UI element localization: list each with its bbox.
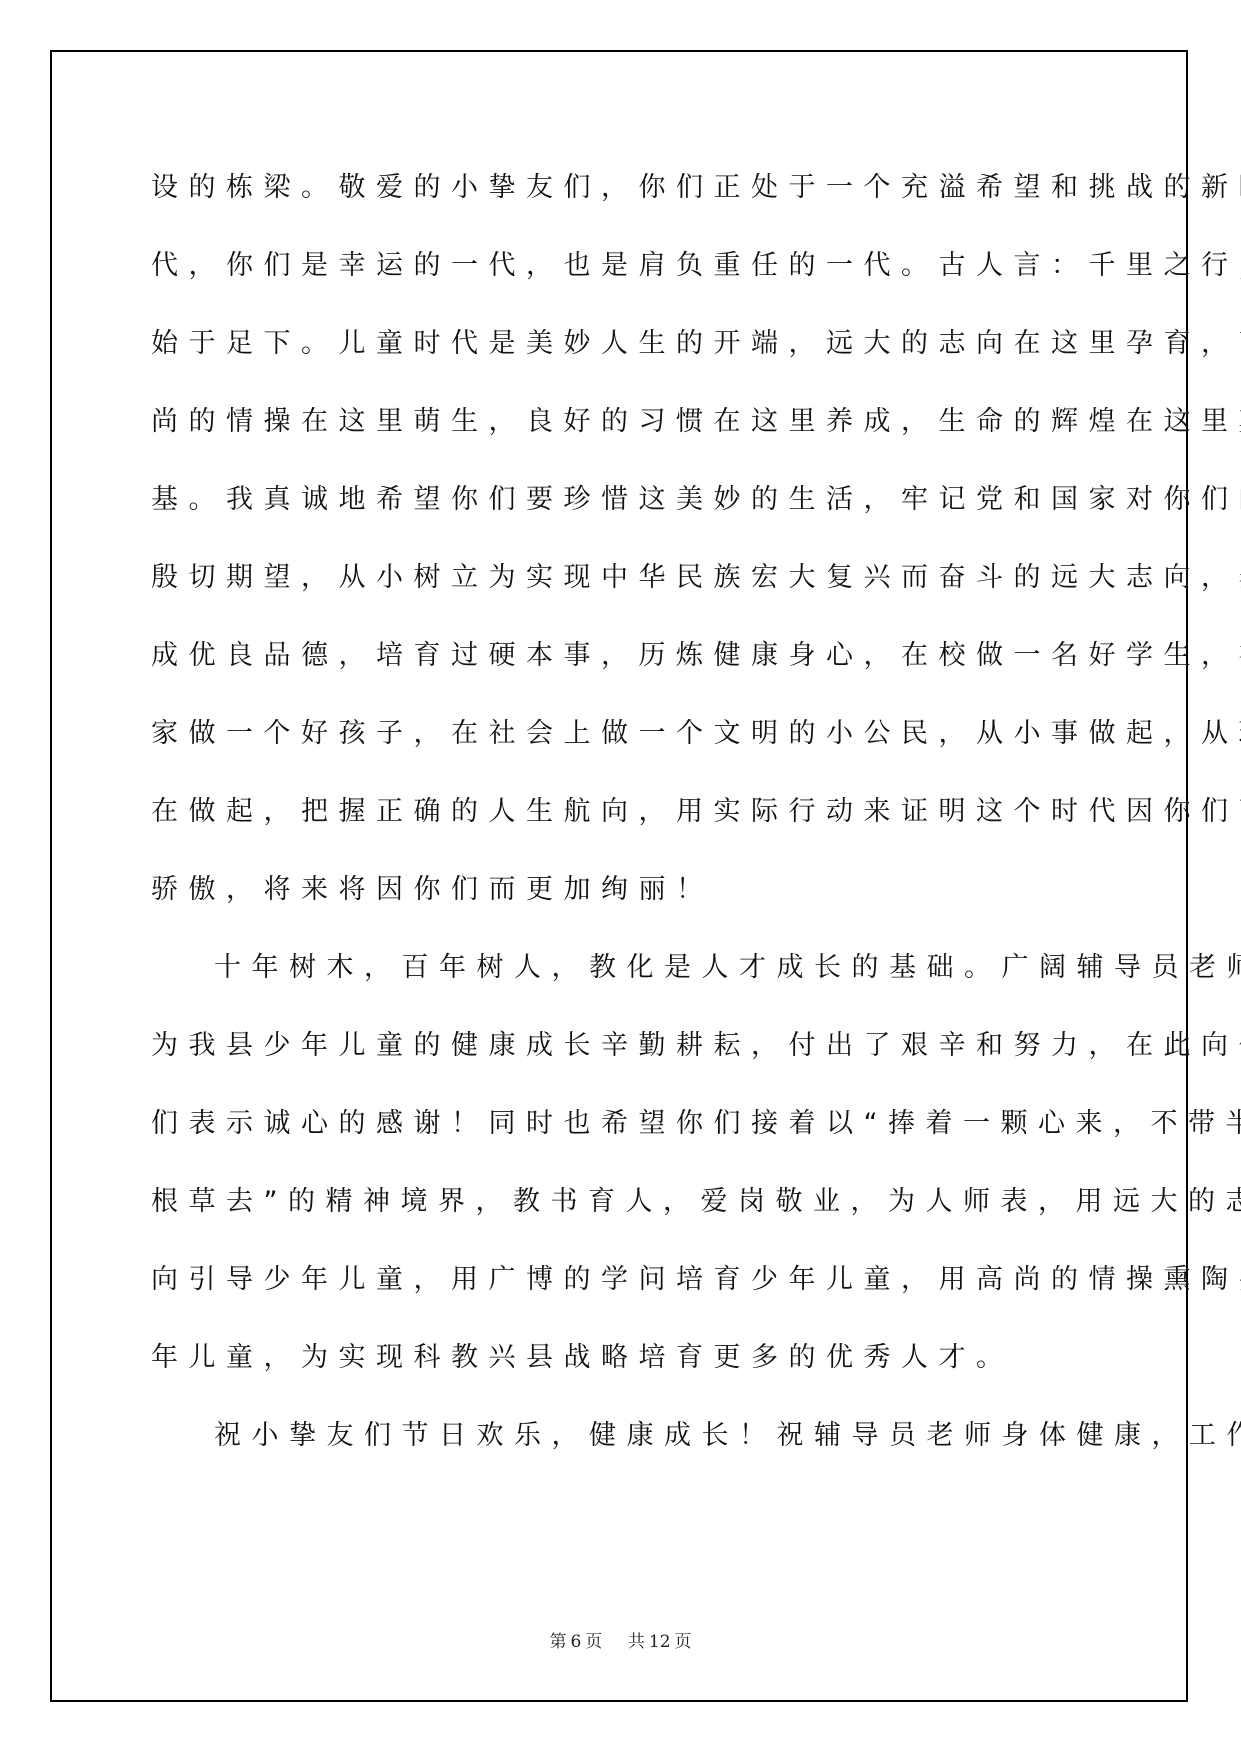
page-label-suffix: 页 [585,1632,602,1652]
text-line: 在做起，把握正确的人生航向，用实际行动来证明这个时代因你们而 [151,790,1101,868]
text-line: 年儿童，为实现科教兴县战略培育更多的优秀人才。 [151,1336,1101,1414]
total-label-prefix: 共 [628,1632,645,1652]
text-line: 设的栋梁。敬爱的小挚友们，你们正处于一个充溢希望和挑战的新时 [151,166,1101,244]
document-body: 设的栋梁。敬爱的小挚友们，你们正处于一个充溢希望和挑战的新时 代，你们是幸运的一… [151,166,1101,1492]
text-line: 为我县少年儿童的健康成长辛勤耕耘，付出了艰辛和努力，在此向你 [151,1024,1101,1102]
text-line: 根草去”的精神境界，教书育人，爱岗敬业，为人师表，用远大的志 [151,1180,1101,1258]
page-footer: 第6页 共12页 [0,1627,1241,1652]
text-line: 向引导少年儿童，用广博的学问培育少年儿童，用高尚的情操熏陶少 [151,1258,1101,1336]
text-line: 成优良品德，培育过硬本事，历炼健康身心，在校做一名好学生，在 [151,634,1101,712]
text-line: 殷切期望，从小树立为实现中华民族宏大复兴而奋斗的远大志向，养 [151,556,1101,634]
text-line: 们表示诚心的感谢！同时也希望你们接着以“捧着一颗心来，不带半 [151,1102,1101,1180]
text-line: 尚的情操在这里萌生，良好的习惯在这里养成，生命的辉煌在这里奠 [151,400,1101,478]
text-line: 始于足下。儿童时代是美妙人生的开端，远大的志向在这里孕育，高 [151,322,1101,400]
text-line: 骄傲，将来将因你们而更加绚丽！ [151,868,1101,946]
total-label-suffix: 页 [675,1632,692,1652]
text-line: 基。我真诚地希望你们要珍惜这美妙的生活，牢记党和国家对你们的 [151,478,1101,556]
text-line: 家做一个好孩子，在社会上做一个文明的小公民，从小事做起，从现 [151,712,1101,790]
paragraph-start-line: 十年树木，百年树人，教化是人才成长的基础。广阔辅导员老师 [151,946,1101,1024]
current-page-number: 6 [570,1632,581,1652]
paragraph-start-line: 祝小挚友们节日欢乐，健康成长！祝辅导员老师身体健康，工作 [151,1414,1101,1492]
page-label-prefix: 第 [549,1632,566,1652]
text-line: 代，你们是幸运的一代，也是肩负重任的一代。古人言：千里之行， [151,244,1101,322]
total-pages-number: 12 [649,1632,671,1652]
